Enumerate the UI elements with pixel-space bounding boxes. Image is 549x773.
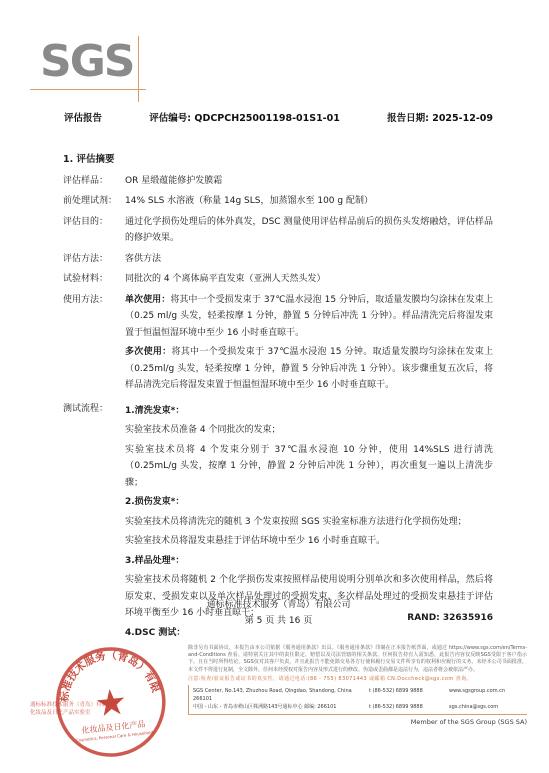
- usage-multi-paragraph: 多次使用：将其中一个受损发束于 37℃温水浸泡 15 分钟。取适量发膜均匀涂抹在…: [125, 344, 493, 394]
- sample-value: OR 星缎蕴能修护发膜霜: [125, 173, 493, 190]
- report-number: 评估编号: QDCPCH25001198-01S1-01: [149, 110, 340, 124]
- section-title: 1. 评估摘要: [63, 152, 493, 169]
- usage-multi-lead: 多次使用：: [125, 347, 171, 357]
- process-step1-p2: 实验室技术员将 4 个发束分别于 37℃温水浸泡 10 分钟，使用 14%SLS…: [125, 442, 493, 492]
- usage-single-text: 将其中一个受损发束于 37℃温水浸泡 15 分钟后，取适量发膜均匀涂抹在发束上（…: [125, 295, 493, 338]
- crop-mark-horizontal: [30, 89, 146, 90]
- sgs-logo: SGS: [34, 34, 164, 104]
- usage-value: 单次使用：将其中一个受损发束于 37℃温水浸泡 15 分钟后，取适量发膜均匀涂抹…: [125, 292, 493, 397]
- pretreatment-value: 14% SLS 水溶液（称量 14g SLS，加蒸馏水至 100 g 配制）: [125, 193, 493, 210]
- method-value: 客供方法: [125, 251, 493, 268]
- sgs-logo-text: SGS: [40, 36, 134, 87]
- material-value: 同批次的 4 个离体扁平直发束（亚洲人天然头发）: [125, 271, 493, 288]
- phone-cn: t (86-532) 6899 9888: [369, 703, 449, 711]
- field-method: 评估方法： 客供方法: [63, 251, 493, 268]
- crop-mark-vertical: [138, 36, 139, 102]
- address-en: SGS Center, No.143, Zhuzhou Road, Qingda…: [193, 687, 369, 703]
- bottom-block: 通标标准技术服务（青岛）有限公司 化妆品及日化产品实验室 通标标准技术服务（青岛…: [0, 641, 549, 773]
- verification-notice: 注意:检查/验证报告或证书的真实性，请通过电话:(86 - 755) 83071…: [188, 676, 527, 683]
- process-step1-title: 1.清洗发束*：: [125, 403, 493, 420]
- method-label: 评估方法：: [63, 251, 125, 268]
- usage-label: 使用方法：: [63, 292, 125, 397]
- field-material: 试验材料： 同批次的 4 个离体扁平直发束（亚洲人天然头发）: [63, 271, 493, 288]
- terms-disclaimer: 除非另有书面协议，本报告由本公司依据《服务通用条款》出具。《服务通用条款》印制在…: [188, 645, 527, 674]
- field-pretreatment: 前处理试剂： 14% SLS 水溶液（称量 14g SLS，加蒸馏水至 100 …: [63, 193, 493, 210]
- footer-rand-code: RAND: 32635916: [407, 613, 493, 623]
- report-footer: 通标标准技术服务（青岛）有限公司 第 5 页 共 16 页 RAND: 3263…: [64, 597, 493, 626]
- field-usage: 使用方法： 单次使用：将其中一个受损发束于 37℃温水浸泡 15 分钟后，取适量…: [63, 292, 493, 397]
- purpose-value: 通过化学损伤处理后的体外真发，DSC 测量使用评估样品前后的损伤头发熔融焓，评估…: [125, 214, 493, 247]
- website-link: www.sgsgroup.com.cn: [449, 687, 527, 703]
- company-seal-stamp: 通标标准技术服务（青岛）有限公司 ★ 化妆品及日化产品 Cosmetics, P…: [38, 634, 184, 773]
- process-step4-title: 4.DSC 测试：: [125, 625, 493, 642]
- address-cn: 中国 - 山东 - 青岛市崂山区株洲路143号通标中心 邮编: 266101: [193, 703, 369, 711]
- usage-single-lead: 单次使用：: [125, 295, 170, 305]
- process-step2-p1: 实验室技术员将清洗完的随机 3 个发束按照 SGS 实验室标准方法进行化学损伤处…: [125, 514, 493, 531]
- phone-en: t (86-532) 6899 9888: [369, 687, 449, 703]
- process-step2-title: 2.损伤发束*：: [125, 494, 493, 511]
- report-page: SGS 评估报告 评估编号: QDCPCH25001198-01S1-01 报告…: [0, 0, 549, 773]
- pretreatment-label: 前处理试剂：: [63, 193, 125, 210]
- process-step3-title: 3.样品处理*：: [125, 553, 493, 570]
- report-date: 报告日期: 2025-12-09: [387, 110, 493, 124]
- footer-page-info: 第 5 页 共 16 页: [245, 616, 312, 626]
- email-link: sgs.china@sgs.com: [449, 703, 527, 711]
- usage-multi-text: 将其中一个受损发束于 37℃温水浸泡 15 分钟。取适量发膜均匀涂抹在发束上（0…: [125, 347, 493, 390]
- material-label: 试验材料：: [63, 271, 125, 288]
- doc-type-label: 评估报告: [64, 110, 102, 124]
- field-purpose: 评估目的： 通过化学损伤处理后的体外真发，DSC 测量使用评估样品前后的损伤头发…: [63, 214, 493, 247]
- address-block: SGS Center, No.143, Zhuzhou Road, Qingda…: [188, 685, 527, 715]
- address-row-cn: 中国 - 山东 - 青岛市崂山区株洲路143号通标中心 邮编: 266101 t…: [193, 703, 527, 711]
- footer-company-name: 通标标准技术服务（青岛）有限公司: [64, 597, 493, 610]
- address-row-en: SGS Center, No.143, Zhuzhou Road, Qingda…: [193, 687, 527, 703]
- footer-line2: 第 5 页 共 16 页 RAND: 32635916: [64, 613, 493, 626]
- process-step1-p1: 实验室技术员准备 4 个同批次的发束；: [125, 422, 493, 439]
- sample-label: 评估样品：: [63, 173, 125, 190]
- report-body: 1. 评估摘要 评估样品： OR 星缎蕴能修护发膜霜 前处理试剂： 14% SL…: [63, 152, 493, 648]
- process-step2-p2: 实验室技术员将湿发束悬挂于评估环境中至少 16 小时垂直晾干。: [125, 533, 493, 550]
- star-icon: ★: [93, 681, 129, 725]
- report-header-row: 评估报告 评估编号: QDCPCH25001198-01S1-01 报告日期: …: [64, 110, 493, 124]
- field-sample: 评估样品： OR 星缎蕴能修护发膜霜: [63, 173, 493, 190]
- fineprint-block: 除非另有书面协议，本报告由本公司依据《服务通用条款》出具。《服务通用条款》印制在…: [188, 645, 527, 726]
- member-line: Member of the SGS Group (SGS SA): [188, 718, 527, 726]
- usage-single-paragraph: 单次使用：将其中一个受损发束于 37℃温水浸泡 15 分钟后，取适量发膜均匀涂抹…: [125, 292, 493, 342]
- purpose-label: 评估目的：: [63, 214, 125, 247]
